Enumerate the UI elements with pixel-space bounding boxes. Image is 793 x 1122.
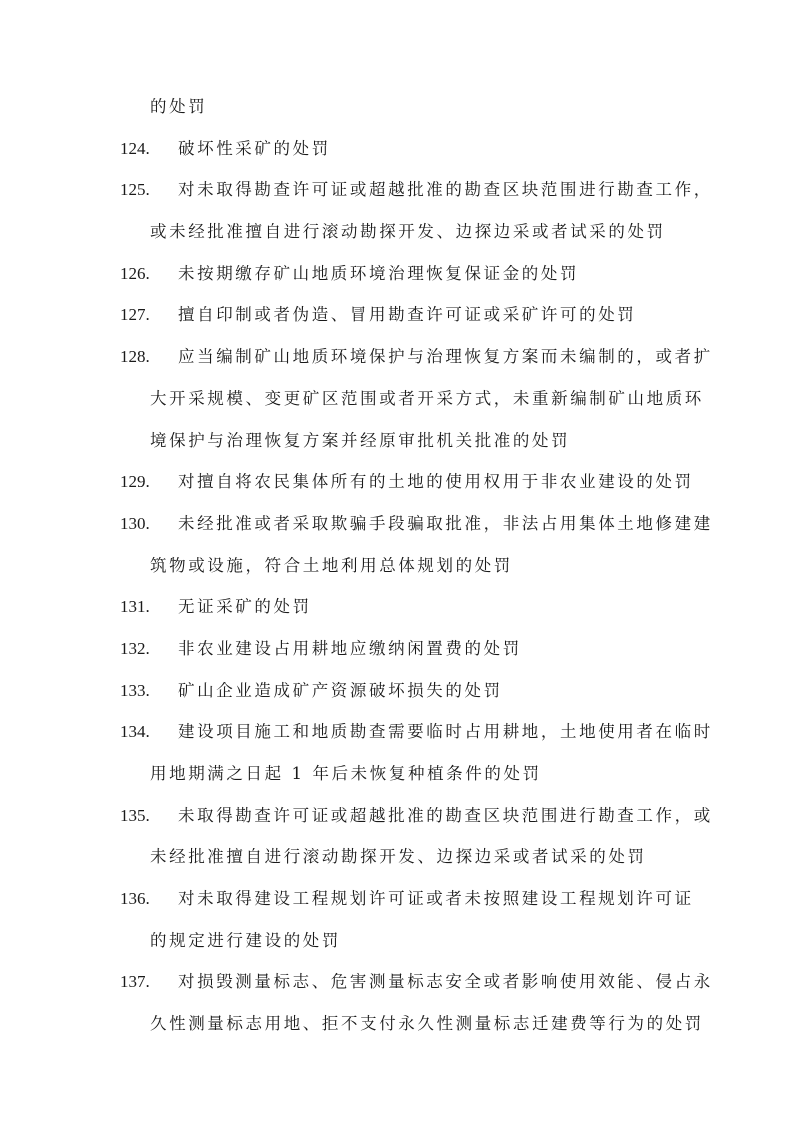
list-item-124: 124.破坏性采矿的处罚 bbox=[120, 128, 700, 170]
list-item-continuation: 境保护与治理恢复方案并经原审批机关批准的处罚 bbox=[120, 420, 700, 462]
list-item-continuation: 的处罚 bbox=[120, 86, 700, 128]
list-item-128: 128.应当编制矿山地质环境保护与治理恢复方案而未编制的，或者扩 bbox=[120, 336, 700, 378]
item-number: 131. bbox=[120, 586, 178, 628]
item-text: 的处罚 bbox=[150, 97, 207, 116]
item-text: 擅自印制或者伪造、冒用勘查许可证或采矿许可的处罚 bbox=[178, 305, 636, 324]
list-item-continuation: 筑物或设施，符合土地利用总体规划的处罚 bbox=[120, 545, 700, 587]
item-text: 未经批准或者采取欺骗手段骗取批准，非法占用集体土地修建建 bbox=[178, 514, 713, 533]
list-item-133: 133.矿山企业造成矿产资源破坏损失的处罚 bbox=[120, 670, 700, 712]
list-item-continuation: 未经批准擅自进行滚动勘探开发、边探边采或者试采的处罚 bbox=[120, 836, 700, 878]
item-number: 132. bbox=[120, 628, 178, 670]
list-item-continuation: 用地期满之日起 1 年后未恢复种植条件的处罚 bbox=[120, 753, 700, 795]
item-number: 136. bbox=[120, 878, 178, 920]
list-item-137: 137.对损毁测量标志、危害测量标志安全或者影响使用效能、侵占永 bbox=[120, 961, 700, 1003]
item-text: 境保护与治理恢复方案并经原审批机关批准的处罚 bbox=[150, 431, 570, 450]
list-item-135: 135.未取得勘查许可证或超越批准的勘查区块范围进行勘查工作，或 bbox=[120, 795, 700, 837]
item-text: 对未取得建设工程规划许可证或者未按照建设工程规划许可证 bbox=[178, 889, 694, 908]
item-text: 应当编制矿山地质环境保护与治理恢复方案而未编制的，或者扩 bbox=[178, 347, 713, 366]
list-item-continuation: 久性测量标志用地、拒不支付永久性测量标志迁建费等行为的处罚 bbox=[120, 1003, 700, 1045]
item-text: 对未取得勘查许可证或超越批准的勘查区块范围进行勘查工作， bbox=[178, 180, 713, 199]
list-item-131: 131.无证采矿的处罚 bbox=[120, 586, 700, 628]
item-number: 125. bbox=[120, 169, 178, 211]
item-text: 久性测量标志用地、拒不支付永久性测量标志迁建费等行为的处罚 bbox=[150, 1014, 704, 1033]
item-text: 大开采规模、变更矿区范围或者开采方式，未重新编制矿山地质环 bbox=[150, 389, 704, 408]
penalty-list: 的处罚 124.破坏性采矿的处罚 125.对未取得勘查许可证或超越批准的勘查区块… bbox=[120, 86, 700, 1045]
item-number: 133. bbox=[120, 670, 178, 712]
item-number: 124. bbox=[120, 128, 178, 170]
list-item-129: 129.对擅自将农民集体所有的土地的使用权用于非农业建设的处罚 bbox=[120, 461, 700, 503]
item-text: 无证采矿的处罚 bbox=[178, 597, 312, 616]
item-text: 破坏性采矿的处罚 bbox=[178, 139, 331, 158]
item-text: 矿山企业造成矿产资源破坏损失的处罚 bbox=[178, 681, 503, 700]
item-number: 128. bbox=[120, 336, 178, 378]
item-text: 或未经批准擅自进行滚动勘探开发、边探边采或者试采的处罚 bbox=[150, 222, 666, 241]
list-item-134: 134.建设项目施工和地质勘查需要临时占用耕地，土地使用者在临时 bbox=[120, 711, 700, 753]
document-page: 的处罚 124.破坏性采矿的处罚 125.对未取得勘查许可证或超越批准的勘查区块… bbox=[0, 0, 793, 1122]
item-text: 对擅自将农民集体所有的土地的使用权用于非农业建设的处罚 bbox=[178, 472, 694, 491]
list-item-continuation: 的规定进行建设的处罚 bbox=[120, 920, 700, 962]
item-text: 未经批准擅自进行滚动勘探开发、边探边采或者试采的处罚 bbox=[150, 847, 647, 866]
item-number: 135. bbox=[120, 795, 178, 837]
item-number: 129. bbox=[120, 461, 178, 503]
item-number: 127. bbox=[120, 294, 178, 336]
list-item-136: 136.对未取得建设工程规划许可证或者未按照建设工程规划许可证 bbox=[120, 878, 700, 920]
item-number: 134. bbox=[120, 711, 178, 753]
item-text: 未取得勘查许可证或超越批准的勘查区块范围进行勘查工作，或 bbox=[178, 806, 713, 825]
list-item-127: 127.擅自印制或者伪造、冒用勘查许可证或采矿许可的处罚 bbox=[120, 294, 700, 336]
list-item-125: 125.对未取得勘查许可证或超越批准的勘查区块范围进行勘查工作， bbox=[120, 169, 700, 211]
list-item-132: 132.非农业建设占用耕地应缴纳闲置费的处罚 bbox=[120, 628, 700, 670]
item-text: 建设项目施工和地质勘查需要临时占用耕地，土地使用者在临时 bbox=[178, 722, 713, 741]
list-item-continuation: 或未经批准擅自进行滚动勘探开发、边探边采或者试采的处罚 bbox=[120, 211, 700, 253]
item-number: 126. bbox=[120, 253, 178, 295]
item-text: 未按期缴存矿山地质环境治理恢复保证金的处罚 bbox=[178, 264, 579, 283]
item-text: 非农业建设占用耕地应缴纳闲置费的处罚 bbox=[178, 639, 522, 658]
item-text: 用地期满之日起 1 年后未恢复种植条件的处罚 bbox=[150, 764, 542, 783]
item-text: 的规定进行建设的处罚 bbox=[150, 931, 341, 950]
item-text: 对损毁测量标志、危害测量标志安全或者影响使用效能、侵占永 bbox=[178, 972, 713, 991]
item-text: 筑物或设施，符合土地利用总体规划的处罚 bbox=[150, 556, 513, 575]
item-number: 130. bbox=[120, 503, 178, 545]
list-item-continuation: 大开采规模、变更矿区范围或者开采方式，未重新编制矿山地质环 bbox=[120, 378, 700, 420]
list-item-130: 130.未经批准或者采取欺骗手段骗取批准，非法占用集体土地修建建 bbox=[120, 503, 700, 545]
item-number: 137. bbox=[120, 961, 178, 1003]
list-item-126: 126.未按期缴存矿山地质环境治理恢复保证金的处罚 bbox=[120, 253, 700, 295]
